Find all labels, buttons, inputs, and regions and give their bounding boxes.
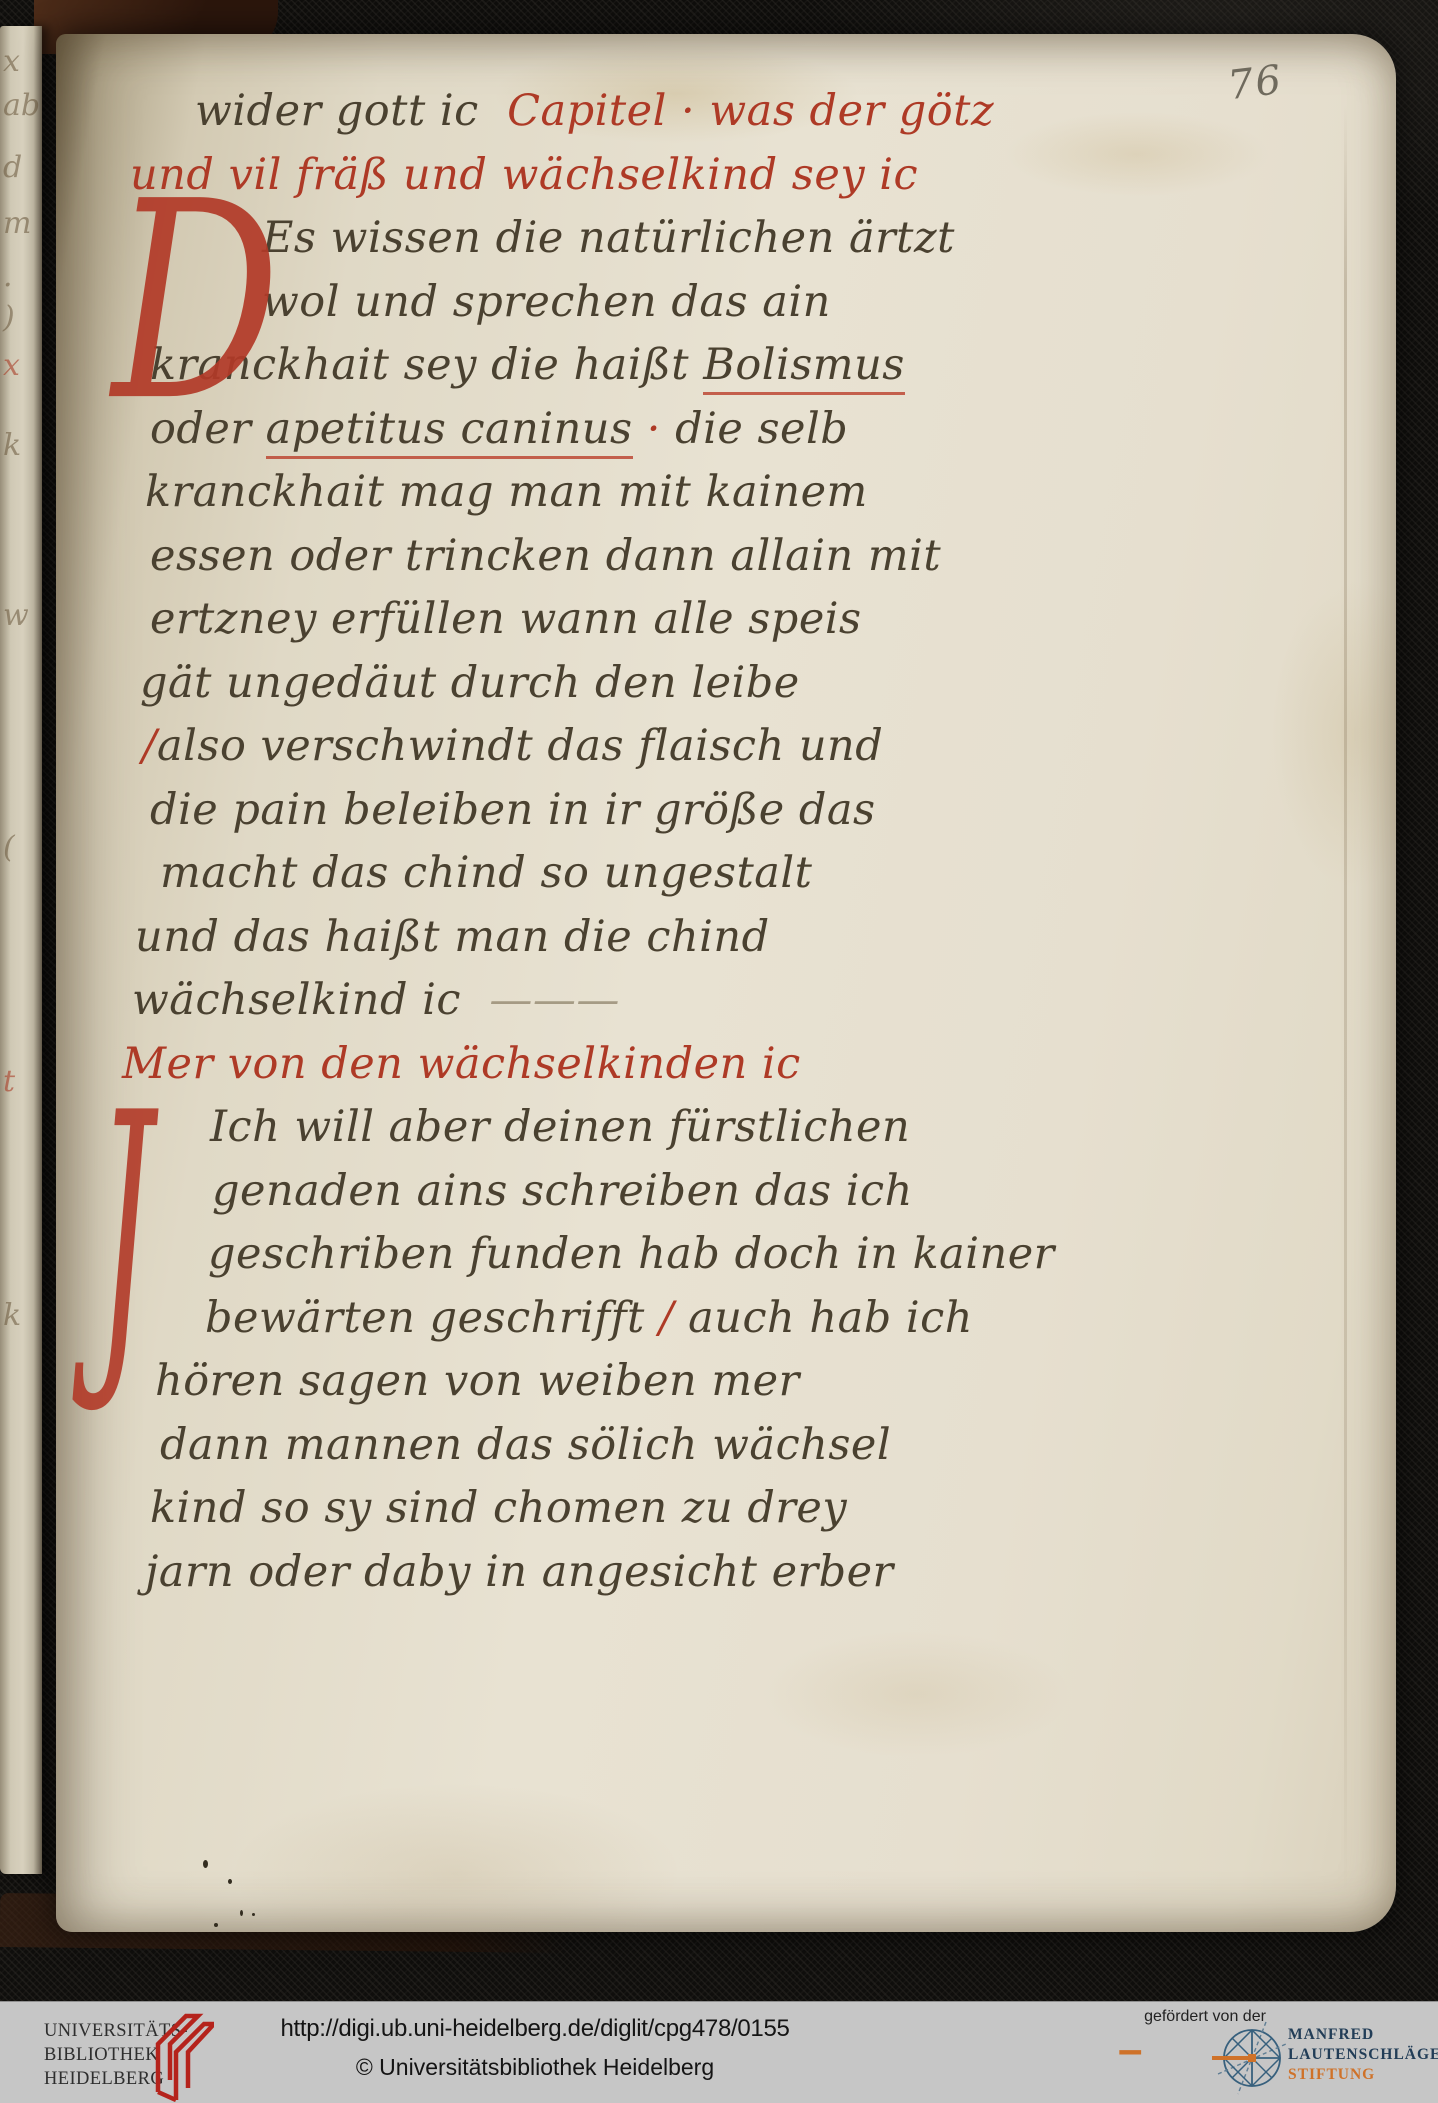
manuscript-line: hören sagen von weiben mer [155, 1356, 1090, 1420]
manuscript-text-block: wider gott ic Capitel · was der götzund … [150, 86, 1090, 1610]
manuscript-text-segment: dann mannen das sölich wächsel [160, 1420, 891, 1470]
margin-ghost-mark: ab [3, 88, 40, 123]
foundation-name-line1: MANFRED [1288, 2025, 1438, 2045]
manuscript-line: dann mannen das sölich wächsel [160, 1420, 1090, 1484]
manuscript-text-segment: jarn oder daby in angesicht erber [145, 1547, 894, 1597]
manuscript-text-segment: die pain beleiben in ir größe das [150, 785, 876, 835]
manuscript-scan-page: xabdm·)xkw(tk 76 D J wider gott ic Capit… [0, 0, 1438, 2103]
manuscript-line: Es wissen die natürlichen ärtzt [262, 213, 1090, 277]
manuscript-line: kranckhait sey die haißt Bolismus [150, 340, 1090, 404]
manuscript-line: genaden ains schreiben das ich [212, 1166, 1090, 1230]
manuscript-text-segment: / [645, 1293, 688, 1343]
manuscript-text-segment: essen oder trincken dann allain mit [150, 531, 941, 581]
manuscript-line: jarn oder daby in angesicht erber [145, 1547, 1090, 1611]
manuscript-text-segment: Capitel · was der götz [507, 86, 994, 136]
orange-dash: – [1118, 2027, 1142, 2073]
copyright-line: © Universitätsbibliothek Heidelberg [250, 2054, 820, 2081]
ub-heidelberg-logo-icon [146, 2006, 214, 2103]
manuscript-line: /also verschwindt das flaisch und [142, 721, 1090, 785]
manuscript-text-segment: die selb [661, 404, 848, 454]
manuscript-line: bewärten geschrifft / auch hab ich [205, 1293, 1090, 1357]
margin-ghost-mark: ( [3, 830, 15, 865]
page-crease [1344, 104, 1347, 1894]
manuscript-text-segment: Mer von den wächselkinden ic [122, 1039, 801, 1089]
manuscript-line: kind so sy sind chomen zu drey [150, 1483, 1090, 1547]
margin-ghost-mark: x [3, 348, 20, 383]
margin-ghost-mark: ) [3, 300, 15, 335]
footer-bar: UNIVERSITÄTS- BIBLIOTHEK HEIDELBERG http… [0, 2001, 1438, 2103]
manuscript-text-segment: Ich will aber deinen fürstlichen [210, 1102, 910, 1152]
ink-speck [228, 1879, 232, 1884]
ink-speck [203, 1860, 208, 1868]
manuscript-line: Mer von den wächselkinden ic [122, 1039, 1090, 1103]
manuscript-line: macht das chind so ungestalt [160, 848, 1090, 912]
manuscript-line: wider gott ic Capitel · was der götz [195, 86, 1090, 150]
manuscript-text-segment: gät ungedäut durch den leibe [140, 658, 800, 708]
margin-ghost-mark: x [3, 44, 20, 79]
foundation-name-line2: LAUTENSCHLÄGER [1288, 2045, 1438, 2065]
manuscript-line: oder apetitus caninus · die selb [150, 404, 1090, 468]
manuscript-line: essen oder trincken dann allain mit [150, 531, 1090, 595]
manuscript-line: wächselkind ic ——— [132, 975, 1090, 1039]
ink-speck [240, 1910, 243, 1916]
ink-speck [252, 1913, 255, 1916]
manuscript-line: die pain beleiben in ir größe das [150, 785, 1090, 849]
manuscript-text-segment: ——— [461, 975, 620, 1025]
rubric-initial-d: D [112, 166, 280, 439]
manuscript-text-segment: · [633, 404, 661, 454]
manuscript-text-segment: kind so sy sind chomen zu drey [150, 1483, 847, 1533]
manuscript-text-segment: Bolismus [703, 340, 905, 395]
manuscript-text-segment: hören sagen von weiben mer [155, 1356, 800, 1406]
manuscript-text-segment: kranckhait mag man mit kainem [145, 467, 868, 517]
margin-ghost-mark: w [3, 598, 29, 633]
manuscript-line: wol und sprechen das ain [262, 277, 1090, 341]
margin-ghost-mark: k [3, 1298, 21, 1333]
margin-ghost-mark: · [3, 268, 13, 303]
margin-ghost-mark: k [3, 428, 21, 463]
foundation-globe-icon [1210, 2016, 1294, 2103]
citation-url: http://digi.ub.uni-heidelberg.de/diglit/… [250, 2015, 820, 2043]
margin-ghost-mark: m [3, 206, 31, 241]
parchment-page: 76 D J wider gott ic Capitel · was der g… [56, 34, 1396, 1932]
manuscript-text-segment: wol und sprechen das ain [262, 277, 831, 327]
foundation-name-line3: STIFTUNG [1288, 2065, 1438, 2085]
manuscript-text-segment: macht das chind so ungestalt [160, 848, 812, 898]
manuscript-text-segment: auch hab ich [688, 1293, 973, 1343]
manuscript-line: geschriben funden hab doch in kainer [208, 1229, 1090, 1293]
manuscript-line: Ich will aber deinen fürstlichen [210, 1102, 1090, 1166]
citation-block: http://digi.ub.uni-heidelberg.de/diglit/… [250, 2015, 820, 2081]
margin-ghost-mark: d [3, 150, 22, 185]
foundation-name: MANFRED LAUTENSCHLÄGER STIFTUNG [1288, 2025, 1438, 2085]
manuscript-text-segment: also verschwindt das flaisch und [157, 721, 883, 771]
facing-page-edge: xabdm·)xkw(tk [0, 26, 42, 1874]
manuscript-text-segment: / [142, 721, 157, 771]
rubric-initial-j: J [96, 1074, 152, 1396]
folio-number: 76 [1225, 57, 1285, 109]
manuscript-line: und das haißt man die chind [135, 912, 1090, 976]
manuscript-text-segment: apetitus caninus [266, 404, 633, 459]
manuscript-line: ertzney erfüllen wann alle speis [150, 594, 1090, 658]
manuscript-line: kranckhait mag man mit kainem [145, 467, 1090, 531]
margin-ghost-mark: t [3, 1064, 15, 1099]
manuscript-text-segment: und das haißt man die chind [135, 912, 770, 962]
manuscript-text-segment: ertzney erfüllen wann alle speis [150, 594, 862, 644]
manuscript-text-segment: geschriben funden hab doch in kainer [208, 1229, 1055, 1279]
manuscript-text-segment: wider gott ic [195, 86, 507, 136]
manuscript-text-segment: Es wissen die natürlichen ärtzt [262, 213, 955, 263]
manuscript-line: gät ungedäut durch den leibe [140, 658, 1090, 722]
manuscript-text-segment: bewärten geschrifft [205, 1293, 645, 1343]
manuscript-text-segment: wächselkind ic [132, 975, 461, 1025]
manuscript-text-segment: genaden ains schreiben das ich [212, 1166, 913, 1216]
ink-speck [214, 1923, 218, 1927]
